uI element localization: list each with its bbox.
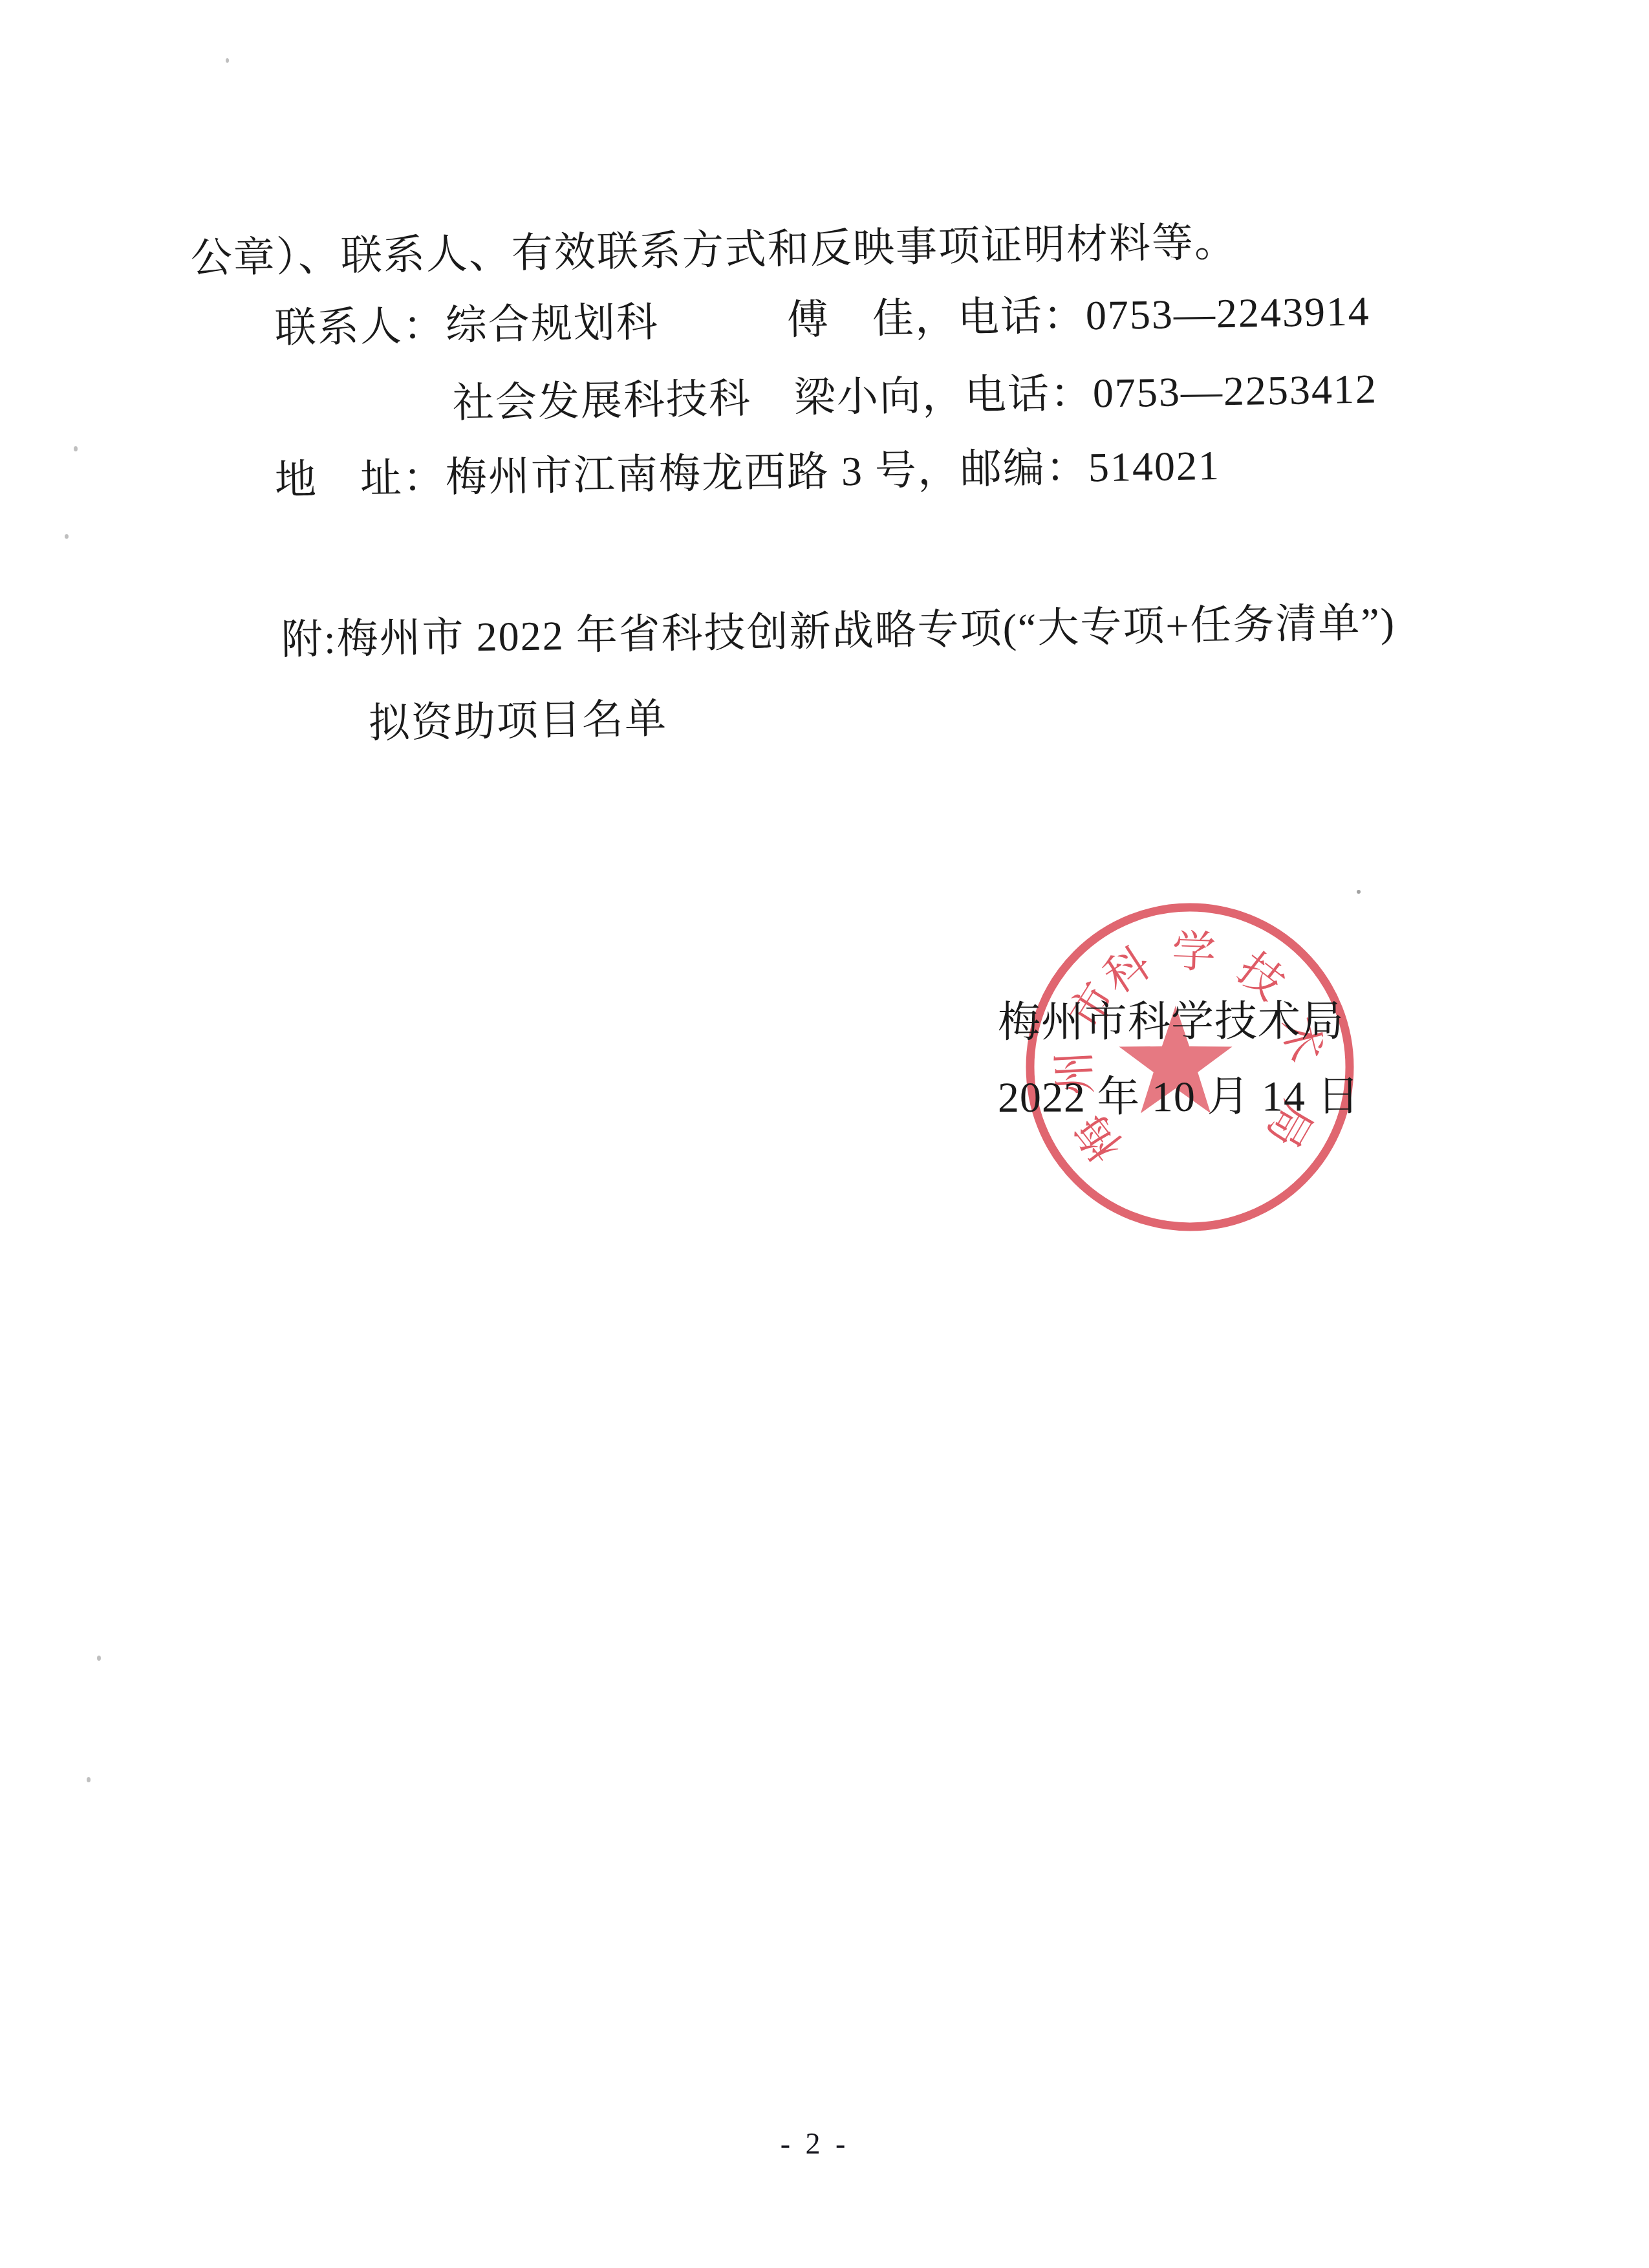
paragraph-continuation-line: 公章）、联系人、有效联系方式和反映事项证明材料等。 <box>190 222 1237 279</box>
scan-speck <box>1357 890 1361 894</box>
scan-speck <box>87 1777 91 1782</box>
address-line: 地 址：梅州市江南梅龙西路 3 号，邮编：514021 <box>274 445 1220 501</box>
scan-speck <box>226 58 229 63</box>
attachment-title-line-2: 拟资助项目名单 <box>368 698 667 744</box>
page-number: - 2 - <box>750 2126 879 2161</box>
scan-speck <box>74 446 78 451</box>
document-page: 梅 州 市 科 学 技 术 局 公章）、联系人、有效联系方式和反映事项证明材料等… <box>0 0 1649 2268</box>
contact-person-line-1: 联系人：综合规划科 傅 佳，电话：0753—2243914 <box>274 290 1370 349</box>
contact-person-line-2: 社会发展科技科 梁小向，电话：0753—2253412 <box>452 369 1377 424</box>
attachment-title-line-1: 附:梅州市 2022 年省科技创新战略专项(“大专项+任务清单”) <box>281 602 1396 661</box>
issue-date: 2022 年 10 月 14 日 <box>998 1075 1361 1119</box>
scan-speck <box>97 1656 101 1661</box>
issuer-name: 梅州市科学技术局 <box>998 1000 1344 1044</box>
seal-ring-char: 学 <box>1171 927 1217 977</box>
scan-speck <box>65 534 69 539</box>
official-seal: 梅 州 市 科 学 技 术 局 <box>1022 899 1358 1235</box>
